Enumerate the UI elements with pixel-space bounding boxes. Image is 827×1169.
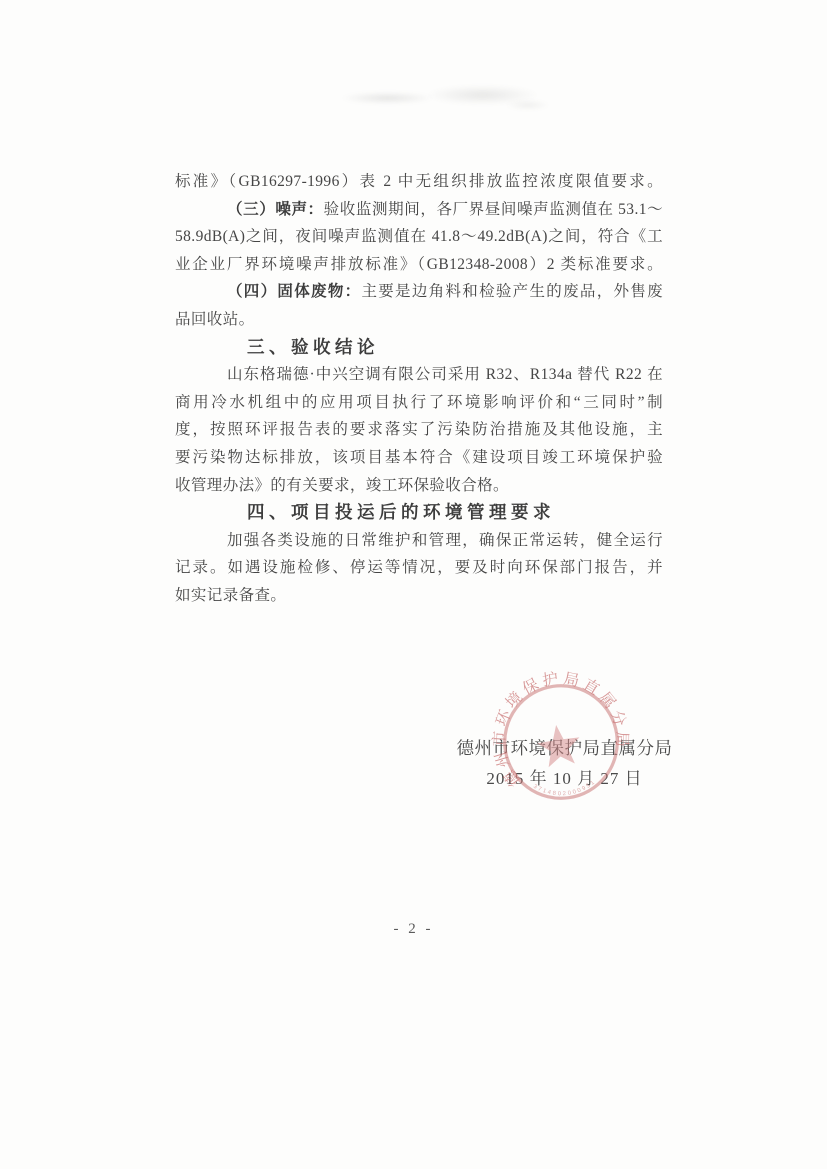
seal-graphic: 德州市环境保护局直属分局 3714802000951 <box>476 657 645 826</box>
line-run-in-heading: （三）噪声： <box>227 201 324 218</box>
document-line: 加强各类设施的日常维护和管理，确保正常运转，健全运行 <box>175 527 663 555</box>
scan-artifact <box>505 100 550 110</box>
section-heading: 三、验收结论 <box>175 334 663 362</box>
document-body: 标准》（GB16297-1996）表 2 中无组织排放监控浓度限值要求。（三）噪… <box>175 168 663 610</box>
line-run-in-heading: （四）固体废物： <box>227 283 361 300</box>
scanned-document-page: 标准》（GB16297-1996）表 2 中无组织排放监控浓度限值要求。（三）噪… <box>0 0 827 1169</box>
document-line: 业企业厂界环境噪声排放标准》（GB12348-2008）2 类标准要求。 <box>175 251 663 279</box>
document-line: 记录。如遇设施检修、停运等情况，要及时向环保部门报告，并 <box>175 554 663 582</box>
document-line: 商用冷水机组中的应用项目执行了环境影响评价和“三同时”制 <box>175 389 663 417</box>
section-heading: 四、项目投运后的环境管理要求 <box>175 499 663 527</box>
document-line: 品回收站。 <box>175 306 663 334</box>
document-line: 58.9dB(A)之间，夜间噪声监测值在 41.8～49.2dB(A)之间，符合… <box>175 223 663 251</box>
document-line: 要污染物达标排放，该项目基本符合《建设项目竣工环境保护验 <box>175 444 663 472</box>
document-line: 山东格瑞德·中兴空调有限公司采用 R32、R134a 替代 R22 在 <box>175 361 663 389</box>
document-line: （四）固体废物：主要是边角料和检验产生的废品，外售废 <box>175 278 663 306</box>
document-line: 收管理办法》的有关要求，竣工环保验收合格。 <box>175 472 663 500</box>
seal-arc-text: 德州市环境保护局直属分局 <box>481 661 637 792</box>
seal-star-icon <box>535 722 583 768</box>
document-line: 标准》（GB16297-1996）表 2 中无组织排放监控浓度限值要求。 <box>175 168 663 196</box>
svg-text:德州市环境保护局直属分局: 德州市环境保护局直属分局 <box>481 661 637 792</box>
document-line: 度，按照环评报告表的要求落实了污染防治措施及其他设施，主 <box>175 416 663 444</box>
official-seal: 德州市环境保护局直属分局 3714802000951 <box>476 657 645 826</box>
document-line: （三）噪声：验收监测期间，各厂界昼间噪声监测值在 53.1～ <box>175 196 663 224</box>
scan-artifact <box>340 92 435 104</box>
document-line: 如实记录备查。 <box>175 582 663 610</box>
page-number: - 2 - <box>0 921 827 938</box>
